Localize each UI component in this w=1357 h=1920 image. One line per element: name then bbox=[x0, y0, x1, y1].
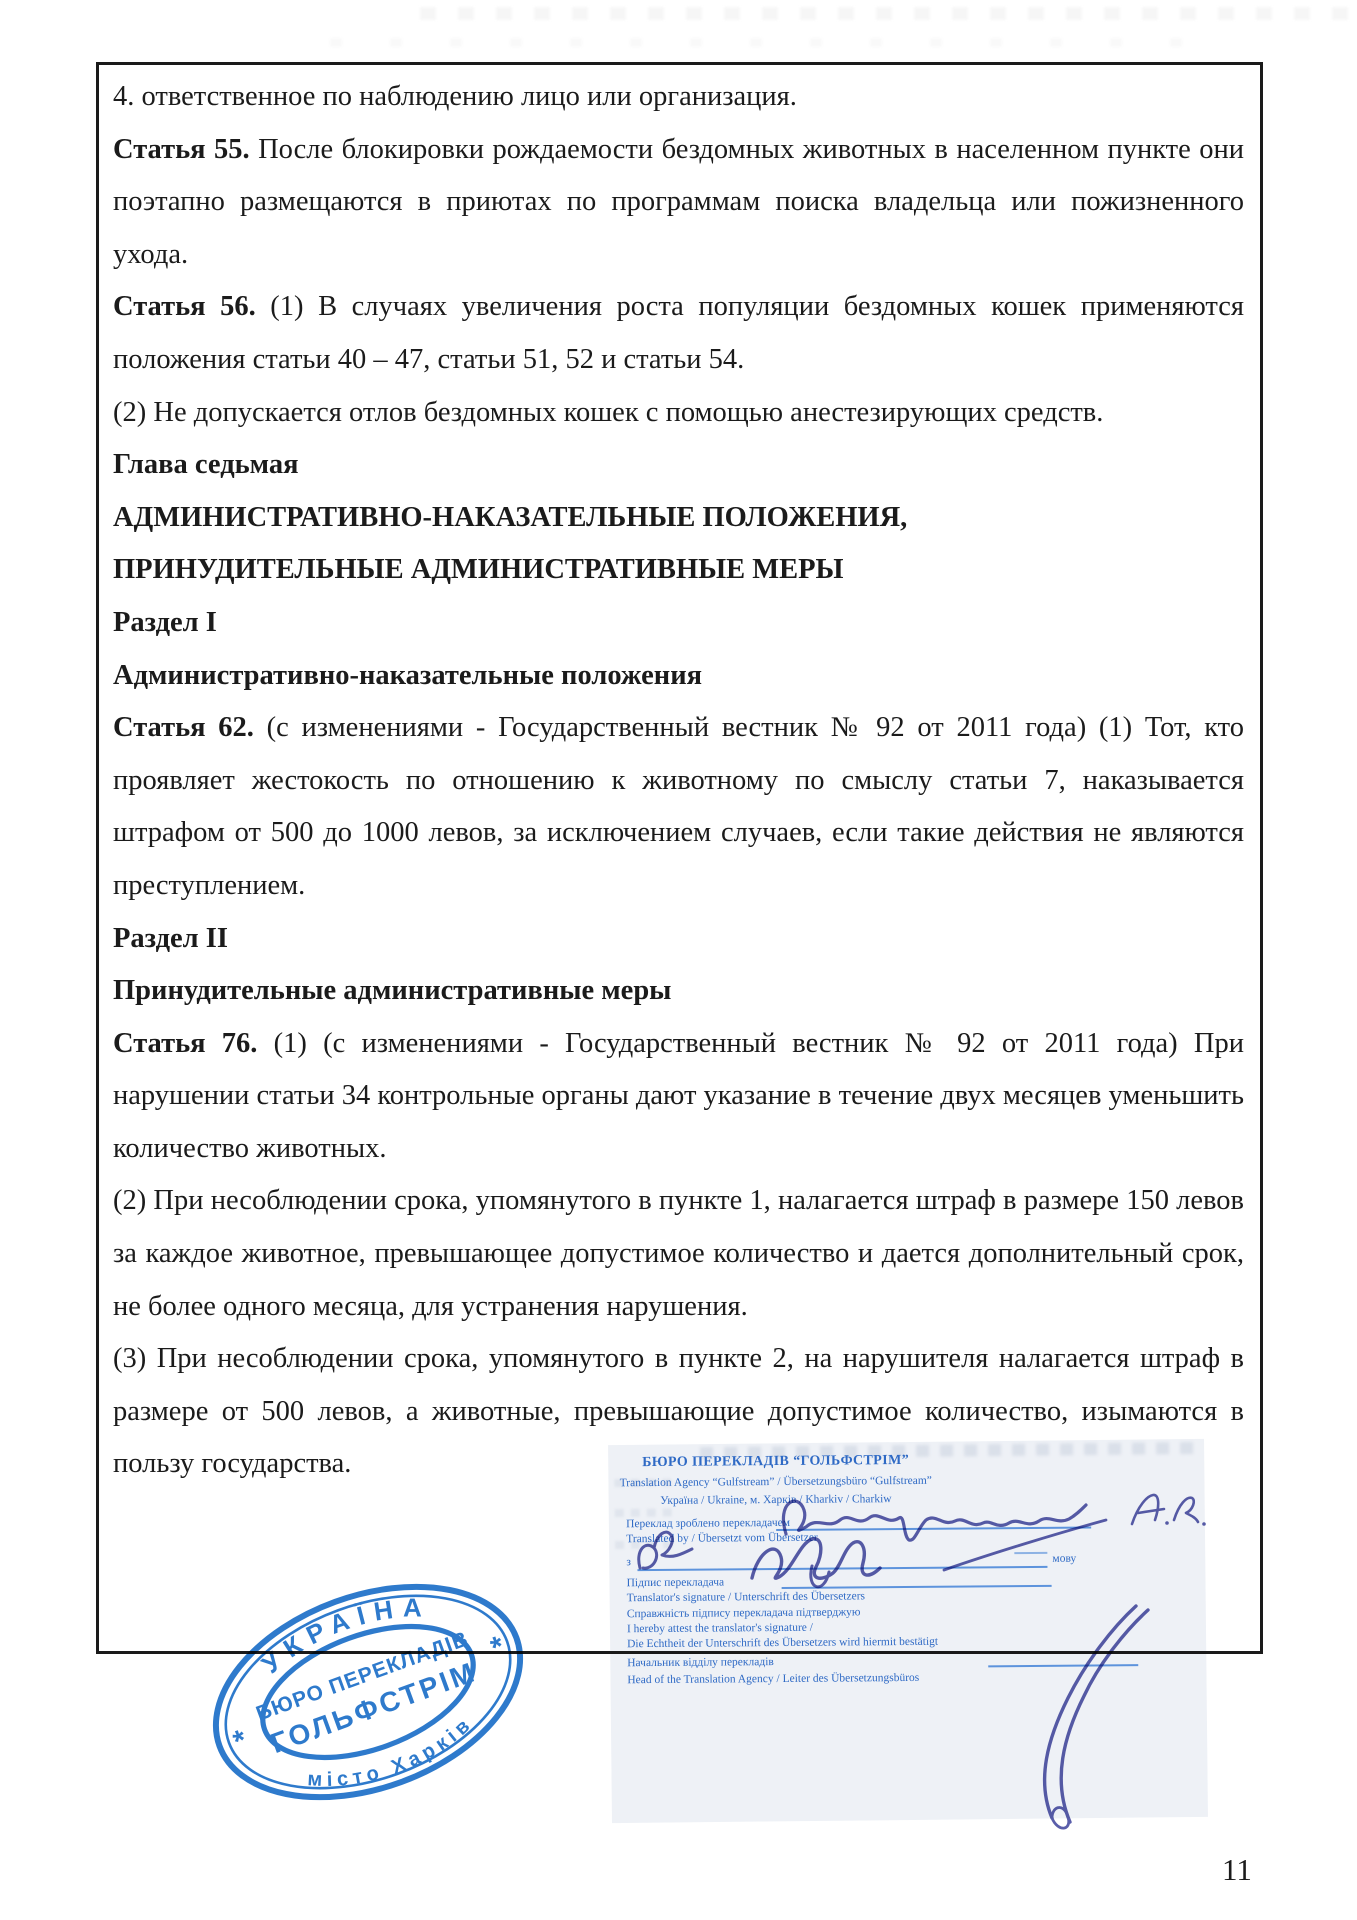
body-paragraph: Статья 55. После блокировки рождаемости … bbox=[113, 124, 1244, 282]
document-body: 4. ответственное по наблюдению лицо или … bbox=[113, 71, 1244, 1491]
page-number: 11 bbox=[1222, 1852, 1252, 1888]
body-paragraph: Статья 76. (1) (с изменениями - Государс… bbox=[113, 1018, 1244, 1176]
body-paragraph: Статья 62. (с изменениями - Государствен… bbox=[113, 702, 1244, 912]
heading-paragraph: Административно-наказательные положения bbox=[113, 650, 1244, 703]
scanned-document-page: 4. ответственное по наблюдению лицо или … bbox=[0, 0, 1357, 1920]
heading-paragraph: Раздел II bbox=[113, 913, 1244, 966]
body-paragraph: (2) Не допускается отлов бездомных кошек… bbox=[113, 387, 1244, 440]
certificate-title: БЮРО ПЕРЕКЛАДІВ “ГОЛЬФСТРІМ” bbox=[611, 1454, 941, 1470]
heading-paragraph: АДМИНИСТРАТИВНО-НАКАЗАТЕЛЬНЫЕ ПОЛОЖЕНИЯ, bbox=[113, 492, 1244, 545]
article-number: Статья 76. bbox=[113, 1028, 274, 1059]
heading-paragraph: Глава седьмая bbox=[113, 439, 1244, 492]
scan-artifact-top bbox=[420, 7, 1350, 20]
article-number: Статья 56. bbox=[113, 291, 270, 322]
stamp-left-star-icon: * bbox=[229, 1724, 252, 1759]
agency-oval-stamp: УКРАЇНА місто Харків БЮРО ПЕРЕКЛАДІВ ГОЛ… bbox=[168, 1532, 568, 1852]
article-number: Статья 62. bbox=[113, 712, 267, 743]
heading-paragraph: ПРИНУДИТЕЛЬНЫЕ АДМИНИСТРАТИВНЫЕ МЕРЫ bbox=[113, 544, 1244, 597]
body-paragraph: Статья 56. (1) В случаях увеличения рост… bbox=[113, 281, 1244, 386]
handwritten-signatures bbox=[600, 1480, 1260, 1840]
heading-paragraph: Принудительные административные меры bbox=[113, 965, 1244, 1018]
body-paragraph: (2) При несоблюдении срока, упомянутого … bbox=[113, 1175, 1244, 1333]
text-frame: 4. ответственное по наблюдению лицо или … bbox=[96, 62, 1263, 1654]
body-paragraph: 4. ответственное по наблюдению лицо или … bbox=[113, 71, 1244, 124]
heading-paragraph: Раздел I bbox=[113, 597, 1244, 650]
scan-artifact-top-2 bbox=[330, 38, 1190, 47]
article-number: Статья 55. bbox=[113, 134, 258, 165]
